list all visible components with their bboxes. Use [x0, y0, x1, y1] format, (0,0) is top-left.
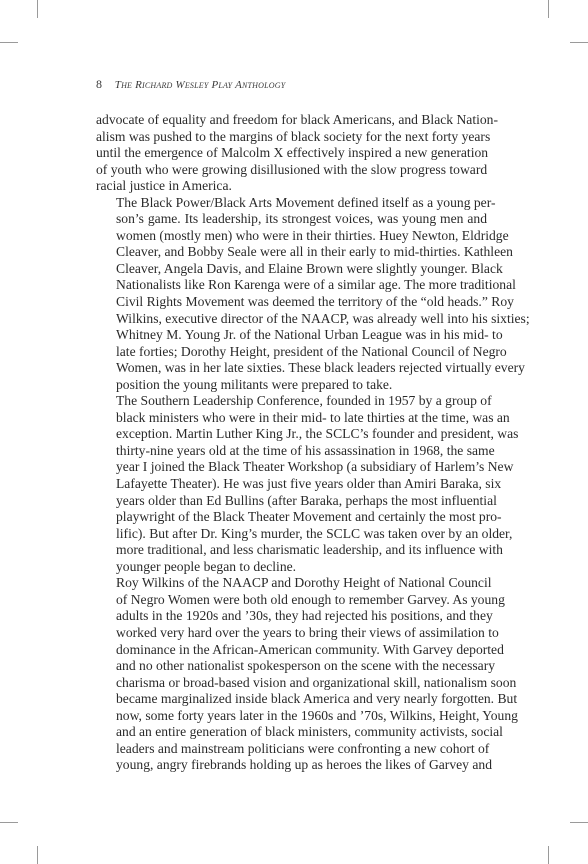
- text-line: young, angry firebrands holding up as he…: [96, 757, 487, 774]
- text-line: Whitney M. Young Jr. of the National Urb…: [96, 327, 487, 344]
- paragraph: advocate of equality and freedom for bla…: [96, 112, 487, 195]
- text-line: years older than Ed Bullins (after Barak…: [96, 493, 487, 510]
- running-head: 8 The Richard Wesley Play Anthology: [96, 77, 285, 92]
- text-line: dominance in the African-American commun…: [96, 642, 487, 659]
- paragraph: The Southern Leadership Conference, foun…: [96, 393, 487, 575]
- text-line: thirty-nine years old at the time of his…: [96, 443, 487, 460]
- text-line: Civil Rights Movement was deemed the ter…: [96, 294, 487, 311]
- crop-mark-top-right-vertical: [548, 0, 549, 18]
- text-line: lific). But after Dr. King’s murder, the…: [96, 526, 487, 543]
- text-line: The Black Power/Black Arts Movement defi…: [96, 195, 487, 212]
- text-line: worked very hard over the years to bring…: [96, 625, 487, 642]
- crop-mark-top-left-horizontal: [0, 42, 18, 43]
- text-line: Wilkins, executive director of the NAACP…: [96, 311, 487, 328]
- paragraph: The Black Power/Black Arts Movement defi…: [96, 195, 487, 394]
- text-line: playwright of the Black Theater Movement…: [96, 509, 487, 526]
- text-line: Women, was in her late sixties. These bl…: [96, 360, 487, 377]
- text-line: leaders and mainstream politicians were …: [96, 741, 487, 758]
- text-line: became marginalized inside black America…: [96, 691, 487, 708]
- text-line: until the emergence of Malcolm X effecti…: [96, 145, 487, 162]
- page-number: 8: [96, 77, 102, 91]
- crop-mark-top-right-horizontal: [570, 42, 588, 43]
- crop-mark-bottom-right-horizontal: [570, 822, 588, 823]
- text-line: Roy Wilkins of the NAACP and Dorothy Hei…: [96, 575, 487, 592]
- text-line: adults in the 1920s and ’30s, they had r…: [96, 608, 487, 625]
- crop-mark-bottom-left-horizontal: [0, 822, 18, 823]
- text-line: racial justice in America.: [96, 178, 487, 195]
- crop-mark-bottom-right-vertical: [548, 846, 549, 864]
- text-line: Nationalists like Ron Karenga were of a …: [96, 277, 487, 294]
- text-line: of youth who were growing disillusioned …: [96, 162, 487, 179]
- text-line: Cleaver, Angela Davis, and Elaine Brown …: [96, 261, 487, 278]
- text-line: alism was pushed to the margins of black…: [96, 129, 487, 146]
- paragraph: Roy Wilkins of the NAACP and Dorothy Hei…: [96, 575, 487, 774]
- text-line: younger people began to decline.: [96, 559, 487, 576]
- text-line: Cleaver, and Bobby Seale were all in the…: [96, 244, 487, 261]
- text-line: more traditional, and less charismatic l…: [96, 542, 487, 559]
- text-line: The Southern Leadership Conference, foun…: [96, 393, 487, 410]
- text-line: now, some forty years later in the 1960s…: [96, 708, 487, 725]
- text-line: black ministers who were in their mid- t…: [96, 410, 487, 427]
- text-line: advocate of equality and freedom for bla…: [96, 112, 487, 129]
- text-line: of Negro Women were both old enough to r…: [96, 592, 487, 609]
- crop-mark-bottom-left-vertical: [37, 846, 38, 864]
- text-line: Lafayette Theater). He was just five yea…: [96, 476, 487, 493]
- body-text: advocate of equality and freedom for bla…: [96, 112, 487, 774]
- text-line: position the young militants were prepar…: [96, 377, 487, 394]
- text-line: son’s game. Its leadership, its stronges…: [96, 211, 487, 228]
- crop-mark-top-left-vertical: [37, 0, 38, 18]
- text-line: late forties; Dorothy Height, president …: [96, 344, 487, 361]
- text-line: charisma or broad-based vision and organ…: [96, 675, 487, 692]
- text-line: women (mostly men) who were in their thi…: [96, 228, 487, 245]
- text-line: and an entire generation of black minist…: [96, 724, 487, 741]
- book-title: The Richard Wesley Play Anthology: [115, 79, 286, 91]
- text-line: exception. Martin Luther King Jr., the S…: [96, 426, 487, 443]
- text-line: year I joined the Black Theater Workshop…: [96, 459, 487, 476]
- text-line: and no other nationalist spokesperson on…: [96, 658, 487, 675]
